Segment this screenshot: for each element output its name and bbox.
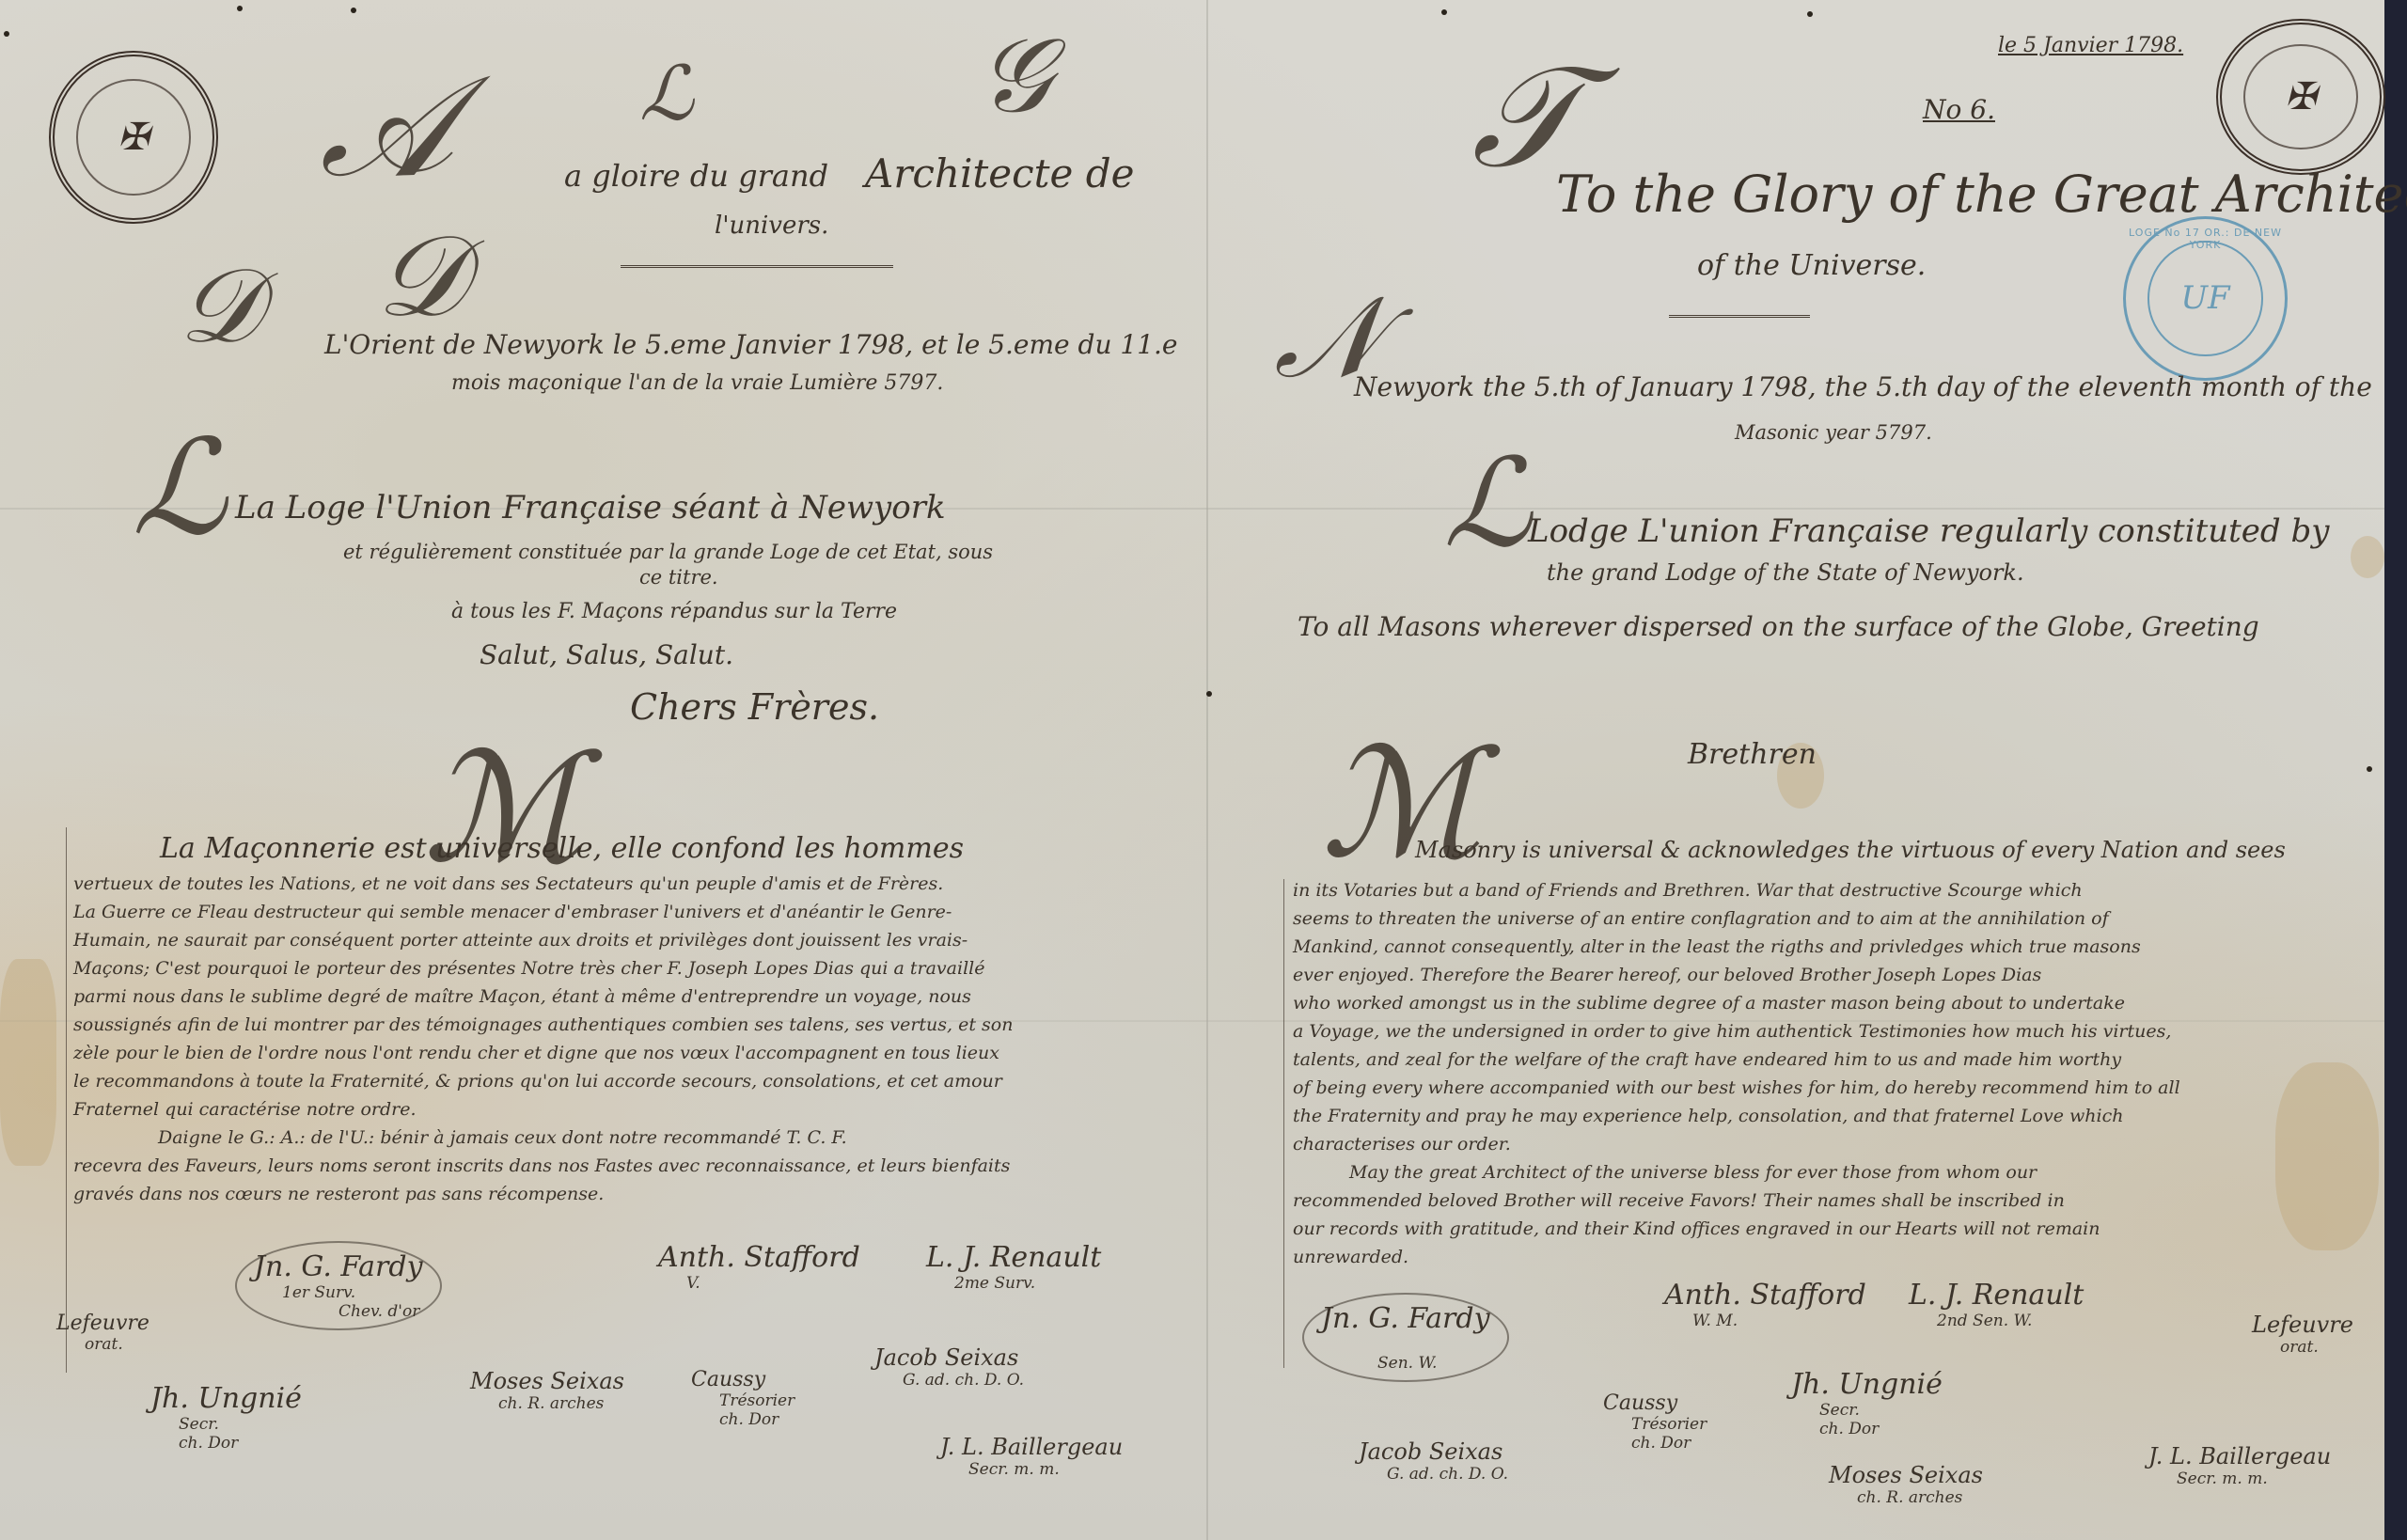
english-body-line: seems to threaten the universe of an ent… <box>1293 904 2180 933</box>
english-panel: le 5 Janvier 1798. No 6. ✠ LOGE No 17 OR… <box>1208 0 2384 1540</box>
french-heading-architect: Architecte de <box>865 150 1135 196</box>
english-blessing-line: May the great Architect of the universe … <box>1349 1158 2180 1186</box>
french-body-line: soussignés afin de lui montrer par des t… <box>73 1011 1013 1039</box>
signature-fardy: Jn. G. Fardy 1er Surv. Chev. d'or <box>254 1250 423 1321</box>
signature-jacob-seixas: Jacob Seixas G. ad. ch. D. O. <box>874 1344 1024 1390</box>
right-ink-seal: ✠ <box>2216 19 2385 175</box>
ornamental-initial-l2: ℒ <box>132 423 227 555</box>
french-lodge-line1: La Loge l'Union Française séant à Newyor… <box>235 489 946 526</box>
english-heading-line1: To the Glory of the Great Architect <box>1556 165 2407 224</box>
french-body-line: zèle pour le bien de l'ordre nous l'ont … <box>73 1039 1013 1067</box>
signature-ungnie: Jh. Ungnié Secr. ch. Dor <box>150 1382 302 1453</box>
english-blessing-line: recommended beloved Brother will receive… <box>1293 1186 2180 1215</box>
english-body-line: the Fraternity and pray he may experienc… <box>1293 1102 2180 1130</box>
french-heading-line1: a gloire du grand <box>564 158 828 194</box>
english-lodge-line3: To all Masons wherever dispersed on the … <box>1298 611 2259 642</box>
french-date-line1: L'Orient de Newyork le 5.eme Janvier 179… <box>324 329 1177 360</box>
heading-rule <box>621 265 893 268</box>
english-body-line: who worked amongst us in the sublime deg… <box>1293 989 2180 1017</box>
signature-baillergeau: J. L. Baillergeau Secr. m. m. <box>940 1434 1123 1479</box>
french-body-line: Humain, ne saurait par conséquent porter… <box>73 926 1013 954</box>
english-date-line1: Newyork the 5.th of January 1798, the 5.… <box>1354 371 2372 402</box>
french-lodge-line4: à tous les F. Maçons répandus sur la Ter… <box>451 600 897 623</box>
signature-caussy: Caussy Trésorier ch. Dor <box>1603 1391 1707 1453</box>
english-heading-line2: of the Universe. <box>1697 249 1926 282</box>
date-stamp: le 5 Janvier 1798. <box>1998 34 2183 57</box>
english-body-line: Mankind, cannot consequently, alter in t… <box>1293 933 2180 961</box>
english-body-line: of being every where accompanied with ou… <box>1293 1074 2180 1102</box>
english-lodge-line2: the grand Lodge of the State of Newyork. <box>1547 559 2024 586</box>
signature-stafford: Anth. Stafford V. <box>658 1241 860 1293</box>
signature-lefeuvre: Lefeuvre orat. <box>2252 1312 2353 1357</box>
signature-baillergeau: J. L. Baillergeau Secr. m. m. <box>2148 1443 2331 1488</box>
french-body-line: Maçons; C'est pourquoi le porteur des pr… <box>73 954 1013 982</box>
french-lodge-line3: ce titre. <box>639 566 718 589</box>
french-body-line: parmi nous dans le sublime degré de maît… <box>73 982 1013 1011</box>
french-date-line2: mois maçonique l'an de la vraie Lumière … <box>451 371 943 395</box>
english-body-line: characterises our order. <box>1293 1130 2180 1158</box>
left-ink-seal: ✠ <box>49 51 218 224</box>
english-body-text: in its Votaries but a band of Friends an… <box>1293 876 2180 1271</box>
ornamental-initial-de: 𝒟 <box>376 221 466 334</box>
english-lodge-line1: Lodge L'union Française regularly consti… <box>1528 512 2329 550</box>
signature-renault: L. J. Renault 2me Surv. <box>926 1241 1101 1293</box>
heading-rule <box>1669 315 1810 318</box>
ornamental-initial-g: 𝒢 <box>978 24 1051 127</box>
english-body-line: a Voyage, we the undersigned in order to… <box>1293 1017 2180 1045</box>
english-blessing-line: unrewarded. <box>1293 1243 2180 1271</box>
french-blessing-line: recevra des Faveurs, leurs noms seront i… <box>73 1152 1013 1180</box>
french-blessing-line: Daigne le G.: A.: de l'U.: bénir à jamai… <box>158 1124 1013 1152</box>
signature-fardy: Jn. G. Fardy Sen. W. <box>1321 1302 1490 1373</box>
french-body-line: Fraternel qui caractérise notre ordre. <box>73 1095 1013 1124</box>
french-body-initial-line: La Maçonnerie est universelle, elle conf… <box>160 832 964 865</box>
english-date-line2: Masonic year 5797. <box>1735 421 1932 444</box>
french-body-line: le recommandons à toute la Fraternité, &… <box>73 1067 1013 1095</box>
english-body-line: in its Votaries but a band of Friends an… <box>1293 876 2180 904</box>
french-salutation: Salut, Salus, Salut. <box>480 639 733 670</box>
ornamental-initial-d: 𝒟 <box>179 254 261 357</box>
seal-monogram-icon: ✠ <box>76 79 191 196</box>
english-body-line: talents, and zeal for the welfare of the… <box>1293 1045 2180 1074</box>
french-blessing-line: gravés dans nos cœurs ne resteront pas s… <box>73 1180 1013 1208</box>
french-body-text: vertueux de toutes les Nations, et ne vo… <box>73 870 1013 1208</box>
english-body-initial-line: Masonry is universal & acknowledges the … <box>1415 837 2286 863</box>
left-margin-rule <box>1283 879 1284 1368</box>
english-body-line: ever enjoyed. Therefore the Bearer hereo… <box>1293 961 2180 989</box>
signature-moses-seixas: Moses Seixas ch. R. arches <box>1829 1462 1983 1507</box>
blue-lodge-stamp: LOGE No 17 OR.: DE NEW YORK UF <box>2123 216 2288 381</box>
signature-stafford: Anth. Stafford W. M. <box>1664 1279 1866 1330</box>
signature-moses-seixas: Moses Seixas ch. R. arches <box>470 1368 624 1413</box>
ornamental-initial-l: ℒ <box>639 56 694 132</box>
french-panel: ✠ 𝒜 ℒ 𝒢 a gloire du grand Architecte de … <box>0 0 1206 1540</box>
signature-caussy: Caussy Trésorier ch. Dor <box>691 1368 794 1429</box>
french-lodge-line2: et régulièrement constituée par la grand… <box>343 541 993 563</box>
french-address: Chers Frères. <box>630 686 879 728</box>
stamp-monogram: UF <box>2147 241 2262 355</box>
ornamental-initial-lodge: ℒ <box>1443 442 1532 564</box>
left-margin-rule <box>66 827 67 1373</box>
signature-renault: L. J. Renault 2nd Sen. W. <box>1909 1279 2084 1330</box>
french-body-line: La Guerre ce Fleau destructeur qui sembl… <box>73 898 1013 926</box>
ornamental-initial-a: 𝒜 <box>320 56 453 197</box>
english-blessing-line: our records with gratitude, and their Ki… <box>1293 1215 2180 1243</box>
signature-lefeuvre: Lefeuvre orat. <box>56 1312 149 1354</box>
seal-monogram-icon: ✠ <box>2243 44 2358 149</box>
french-body-line: vertueux de toutes les Nations, et ne vo… <box>73 870 1013 898</box>
signature-jacob-seixas: Jacob Seixas G. ad. ch. D. O. <box>1359 1438 1508 1484</box>
french-heading-line2: l'univers. <box>715 212 828 240</box>
signature-ungnie: Jh. Ungnié Secr. ch. Dor <box>1791 1368 1943 1438</box>
parchment-sheet: ✠ 𝒜 ℒ 𝒢 a gloire du grand Architecte de … <box>0 0 2384 1540</box>
certificate-number: No 6. <box>1923 94 1995 125</box>
english-address: Brethren <box>1688 738 1817 771</box>
